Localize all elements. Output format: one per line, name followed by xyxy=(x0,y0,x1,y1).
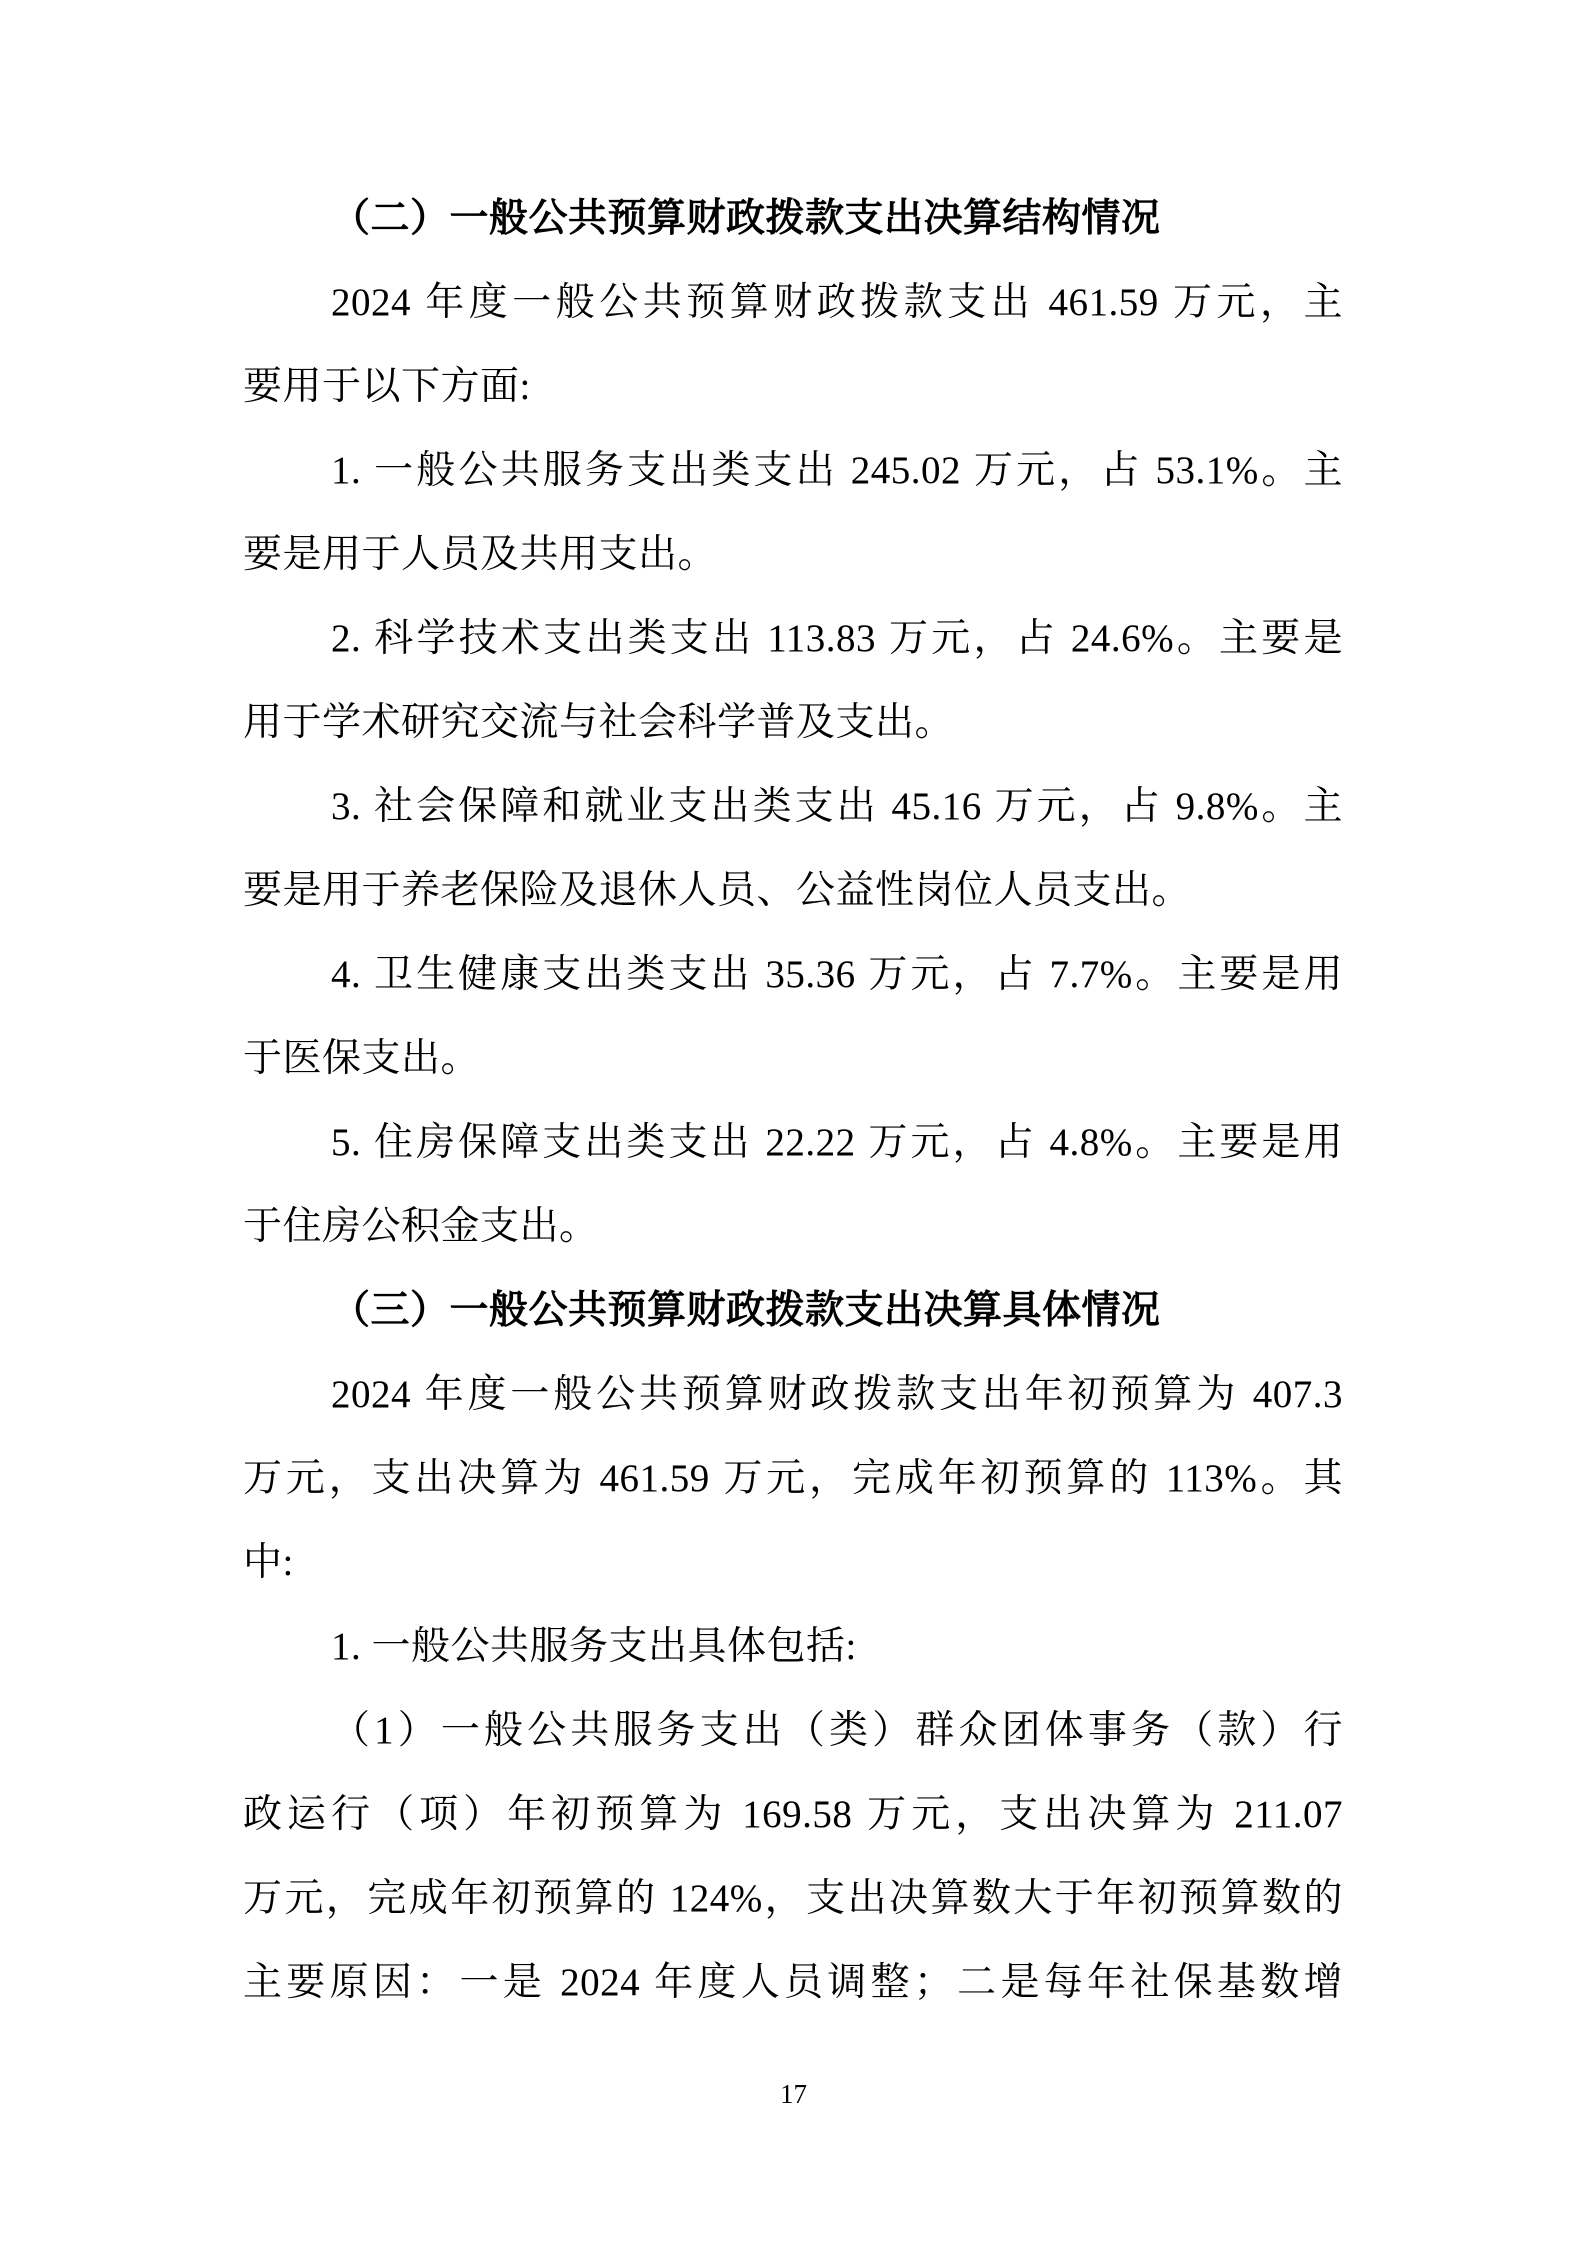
text-line: 2024 年度一般公共预算财政拨款支出 461.59 万元，主 xyxy=(243,261,1343,345)
text-line: 1. 一般公共服务支出类支出 245.02 万元，占 53.1%。主 xyxy=(243,429,1343,513)
text-line: 政运行（项）年初预算为 169.58 万元，支出决算为 211.07 xyxy=(243,1773,1343,1857)
text-line: 中: xyxy=(243,1521,1343,1605)
text-line: 万元，完成年初预算的 124%，支出决算数大于年初预算数的 xyxy=(243,1857,1343,1941)
heading-line: （三）一般公共预算财政拨款支出决算具体情况 xyxy=(243,1269,1343,1353)
text-line: 要用于以下方面: xyxy=(243,345,1343,429)
text-line: 万元，支出决算为 461.59 万元，完成年初预算的 113%。其 xyxy=(243,1437,1343,1521)
text-line: 3. 社会保障和就业支出类支出 45.16 万元，占 9.8%。主 xyxy=(243,765,1343,849)
text-line: 要是用于人员及共用支出。 xyxy=(243,513,1343,597)
text-line: （1）一般公共服务支出（类）群众团体事务（款）行 xyxy=(243,1689,1343,1773)
text-line: 2. 科学技术支出类支出 113.83 万元，占 24.6%。主要是 xyxy=(243,597,1343,681)
text-line: 用于学术研究交流与社会科学普及支出。 xyxy=(243,681,1343,765)
document-page: （二）一般公共预算财政拨款支出决算结构情况2024 年度一般公共预算财政拨款支出… xyxy=(0,0,1587,2245)
text-line: 4. 卫生健康支出类支出 35.36 万元，占 7.7%。主要是用 xyxy=(243,933,1343,1017)
text-line: 主要原因：一是 2024 年度人员调整；二是每年社保基数增 xyxy=(243,1941,1343,2025)
document-lines: （二）一般公共预算财政拨款支出决算结构情况2024 年度一般公共预算财政拨款支出… xyxy=(243,177,1343,2025)
text-line: 于医保支出。 xyxy=(243,1017,1343,1101)
text-line: 于住房公积金支出。 xyxy=(243,1185,1343,1269)
text-line: 5. 住房保障支出类支出 22.22 万元，占 4.8%。主要是用 xyxy=(243,1101,1343,1185)
text-line: 1. 一般公共服务支出具体包括: xyxy=(243,1605,1343,1689)
text-line: 要是用于养老保险及退休人员、公益性岗位人员支出。 xyxy=(243,849,1343,933)
heading-line: （二）一般公共预算财政拨款支出决算结构情况 xyxy=(243,177,1343,261)
page-number: 17 xyxy=(0,2076,1587,2112)
text-line: 2024 年度一般公共预算财政拨款支出年初预算为 407.3 xyxy=(243,1353,1343,1437)
